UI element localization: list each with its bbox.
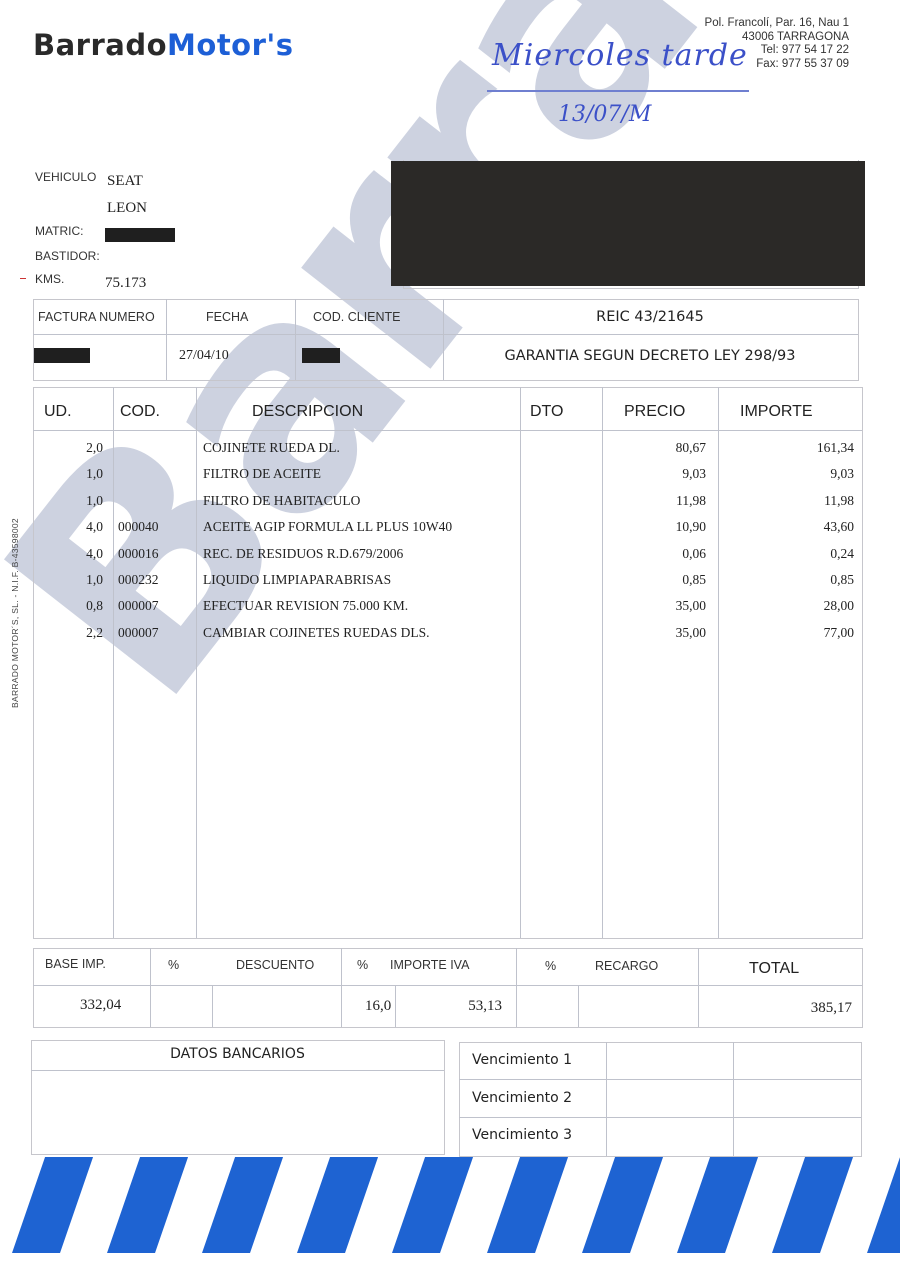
divider bbox=[395, 985, 396, 1027]
divider bbox=[295, 299, 296, 380]
divider bbox=[150, 948, 151, 1027]
col-descripcion: DESCRIPCION bbox=[252, 403, 363, 421]
tick-mark bbox=[20, 278, 26, 279]
stripe bbox=[582, 1157, 663, 1253]
vencimiento-2: Vencimiento 2 bbox=[472, 1090, 572, 1106]
row-cod: 000040 bbox=[118, 519, 159, 535]
row-importe: 0,24 bbox=[722, 546, 854, 562]
row-precio: 9,03 bbox=[606, 466, 706, 482]
bastidor-label: BASTIDOR: bbox=[35, 249, 100, 263]
company-nif-text: BARRADO MOTOR´S, SL. - N.I.F. B-43598002 bbox=[10, 518, 20, 708]
stripe bbox=[677, 1157, 758, 1253]
row-desc: CAMBIAR COJINETES RUEDAS DLS. bbox=[203, 625, 430, 641]
iva-value: 53,13 bbox=[400, 998, 502, 1015]
fecha-label: FECHA bbox=[206, 310, 248, 324]
iva-label: IMPORTE IVA bbox=[390, 958, 469, 972]
row-ud: 1,0 bbox=[60, 493, 103, 509]
row-cod: 000232 bbox=[118, 572, 159, 588]
row-precio: 0,85 bbox=[606, 572, 706, 588]
base-label: BASE IMP. bbox=[45, 957, 106, 971]
row-desc: EFECTUAR REVISION 75.000 KM. bbox=[203, 598, 408, 614]
row-precio: 10,90 bbox=[606, 519, 706, 535]
vencimiento-1: Vencimiento 1 bbox=[472, 1052, 572, 1068]
stripe bbox=[392, 1157, 473, 1253]
col-dto: DTO bbox=[530, 403, 563, 421]
handwritten-code: 13/07/M bbox=[558, 102, 651, 127]
factura-label: FACTURA NUMERO bbox=[38, 310, 155, 324]
fecha-value: 27/04/10 bbox=[179, 348, 229, 364]
row-ud: 2,2 bbox=[60, 625, 103, 641]
row-precio: 80,67 bbox=[606, 440, 706, 456]
row-desc: FILTRO DE ACEITE bbox=[203, 466, 321, 482]
divider bbox=[31, 1070, 444, 1071]
footer-stripes bbox=[0, 1157, 900, 1253]
row-ud: 4,0 bbox=[60, 546, 103, 562]
row-desc: COJINETE RUEDA DL. bbox=[203, 440, 340, 456]
stripe bbox=[107, 1157, 188, 1253]
divider bbox=[733, 1042, 734, 1156]
divider bbox=[520, 387, 521, 938]
stripe bbox=[297, 1157, 378, 1253]
row-cod: 000016 bbox=[118, 546, 159, 562]
vencimiento-3: Vencimiento 3 bbox=[472, 1127, 572, 1143]
row-importe: 9,03 bbox=[722, 466, 854, 482]
logo-part1: Barrado bbox=[33, 28, 167, 62]
total-value: 385,17 bbox=[700, 1000, 852, 1017]
row-precio: 35,00 bbox=[606, 625, 706, 641]
kms-value: 75.173 bbox=[105, 275, 146, 292]
row-desc: LIQUIDO LIMPIAPARABRISAS bbox=[203, 572, 391, 588]
row-ud: 1,0 bbox=[60, 572, 103, 588]
col-cod: COD. bbox=[120, 403, 160, 421]
col-ud: UD. bbox=[44, 403, 72, 421]
row-ud: 1,0 bbox=[60, 466, 103, 482]
kms-label: KMS. bbox=[35, 272, 64, 286]
pct3-label: % bbox=[545, 959, 556, 973]
company-logo: BarradoMotor's bbox=[33, 28, 294, 62]
row-desc: REC. DE RESIDUOS R.D.679/2006 bbox=[203, 546, 403, 562]
vehicle-make: SEAT bbox=[107, 173, 143, 190]
handwritten-underline bbox=[487, 90, 749, 92]
row-cod: 000007 bbox=[118, 598, 159, 614]
row-importe: 161,34 bbox=[722, 440, 854, 456]
stripe bbox=[202, 1157, 283, 1253]
garantia-text: GARANTIA SEGUN DECRETO LEY 298/93 bbox=[443, 348, 857, 364]
row-importe: 43,60 bbox=[722, 519, 854, 535]
row-cod: 000007 bbox=[118, 625, 159, 641]
row-ud: 4,0 bbox=[60, 519, 103, 535]
base-value: 332,04 bbox=[80, 997, 121, 1014]
divider bbox=[459, 1079, 861, 1080]
pct2-label: % bbox=[357, 958, 368, 972]
row-importe: 77,00 bbox=[722, 625, 854, 641]
cliente-redacted bbox=[302, 348, 340, 363]
col-precio: PRECIO bbox=[624, 403, 685, 421]
stripe bbox=[487, 1157, 568, 1253]
logo-part2: Motor's bbox=[167, 28, 294, 62]
row-precio: 35,00 bbox=[606, 598, 706, 614]
stripe bbox=[867, 1157, 900, 1253]
recargo-label: RECARGO bbox=[595, 959, 658, 973]
divider bbox=[33, 430, 862, 431]
divider bbox=[459, 1117, 861, 1118]
divider bbox=[718, 387, 719, 938]
divider bbox=[33, 334, 858, 335]
stripe bbox=[772, 1157, 853, 1253]
divider bbox=[196, 387, 197, 938]
row-importe: 11,98 bbox=[722, 493, 854, 509]
row-precio: 0,06 bbox=[606, 546, 706, 562]
row-desc: ACEITE AGIP FORMULA LL PLUS 10W40 bbox=[203, 519, 452, 535]
divider bbox=[212, 985, 213, 1027]
cliente-label: COD. CLIENTE bbox=[313, 310, 401, 324]
divider bbox=[33, 985, 862, 986]
address-line1: Pol. Francolí, Par. 16, Nau 1 bbox=[705, 17, 849, 31]
row-ud: 2,0 bbox=[60, 440, 103, 456]
reic-number: REIC 43/21645 bbox=[443, 309, 857, 325]
factura-redacted bbox=[34, 348, 90, 363]
customer-redacted bbox=[391, 161, 865, 286]
handwritten-note: Miercoles tarde bbox=[492, 38, 748, 73]
divider bbox=[602, 387, 603, 938]
divider bbox=[341, 948, 342, 1027]
divider bbox=[698, 948, 699, 1027]
descuento-label: DESCUENTO bbox=[236, 958, 314, 972]
vehicle-model: LEON bbox=[107, 200, 147, 217]
matric-label: MATRIC: bbox=[35, 224, 83, 238]
divider bbox=[606, 1042, 607, 1156]
col-importe: IMPORTE bbox=[740, 403, 813, 421]
pct1-label: % bbox=[168, 958, 179, 972]
divider bbox=[113, 387, 114, 938]
divider bbox=[516, 948, 517, 1027]
row-precio: 11,98 bbox=[606, 493, 706, 509]
row-ud: 0,8 bbox=[60, 598, 103, 614]
total-label: TOTAL bbox=[749, 960, 799, 978]
divider bbox=[578, 985, 579, 1027]
iva-pct-value: 16,0 bbox=[365, 998, 391, 1015]
row-desc: FILTRO DE HABITACULO bbox=[203, 493, 360, 509]
bank-data-title: DATOS BANCARIOS bbox=[31, 1046, 444, 1062]
vehiculo-label: VEHICULO bbox=[35, 170, 96, 184]
divider bbox=[166, 299, 167, 380]
stripe bbox=[12, 1157, 93, 1253]
row-importe: 0,85 bbox=[722, 572, 854, 588]
row-importe: 28,00 bbox=[722, 598, 854, 614]
matric-redacted bbox=[105, 228, 175, 242]
